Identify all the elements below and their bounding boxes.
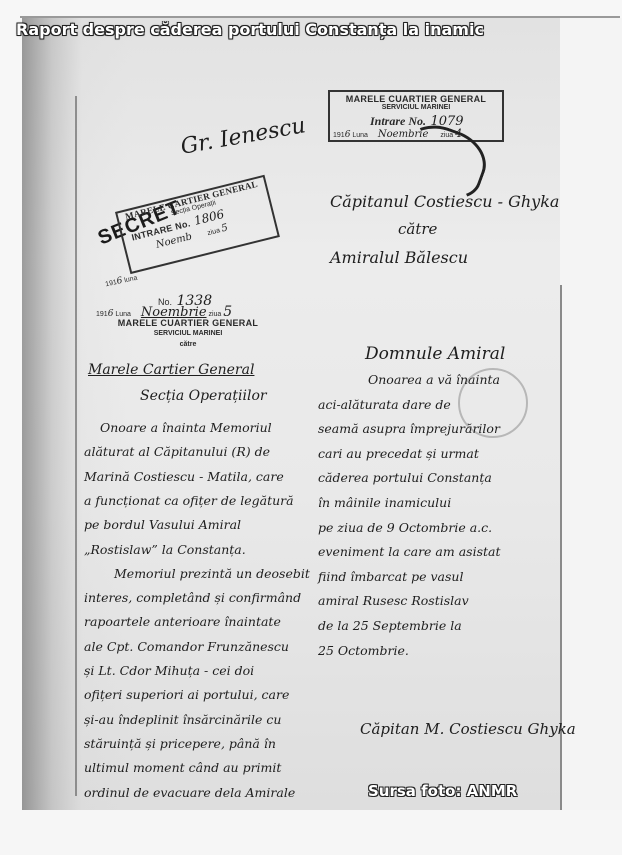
handwritten-line: a funcționat ca ofițer de legătură	[84, 493, 294, 508]
handwritten-line: și-au îndeplinit însărcinările cu	[84, 712, 281, 727]
handwritten-line: și Lt. Cdor Mihuța - cei doi	[84, 663, 254, 678]
salutation: Domnule Amiral	[365, 344, 505, 364]
handwritten-line: de la 25 Septembrie la	[318, 618, 462, 633]
handwritten-line: căderea portului Constanța	[318, 470, 492, 485]
handwritten-line: Marină Costiescu - Matila, care	[84, 469, 284, 484]
handwritten-line: Onoarea a vă înainta	[368, 372, 500, 387]
handwritten-line: amiral Rusesc Rostislav	[318, 593, 469, 608]
handwritten-line: rapoartele anterioare înaintate	[84, 614, 281, 629]
handwritten-line: fiind îmbarcat pe vasul	[318, 569, 463, 584]
signature: Căpitan M. Costiescu Ghyka	[360, 720, 576, 738]
handwritten-line: ordinul de evacuare dela Amirale	[84, 785, 295, 800]
handwritten-line: aci-alăturata dare de	[318, 397, 451, 412]
page-margin	[560, 18, 622, 810]
handwritten-line: cari au precedat și urmat	[318, 446, 479, 461]
handwritten-line: pe bordul Vasului Amiral	[84, 517, 241, 532]
fold-line	[75, 96, 77, 796]
document-title: Raport despre căderea portului Constanța…	[16, 20, 536, 39]
handwritten-line: alăturat al Căpitanului (R) de	[84, 444, 270, 459]
handwritten-line: „Rostislaw” la Constanța.	[84, 542, 246, 557]
handwritten-line: ultimul moment când au primit	[84, 760, 281, 775]
stamp-line: SERVICIUL MARINEI	[98, 330, 278, 337]
photo-source: Sursa foto: ANMR	[368, 782, 517, 800]
handwritten-line: ofițeri superiori ai portului, care	[84, 687, 289, 702]
handwritten-line: Memoriul prezintă un deosebit	[114, 566, 310, 581]
registry-stamp: No. 1338 1916 Luna Noembrie ziua 5 MAREL…	[108, 306, 278, 342]
handwritten-line: ale Cpt. Comandor Frunzănescu	[84, 639, 289, 654]
addressee: Marele Cartier General	[88, 362, 254, 378]
handwritten-line: pe ziua de 9 Octombrie a.c.	[318, 520, 492, 535]
page-margin	[0, 810, 622, 855]
sender: Căpitanul Costiescu - Ghyka	[330, 192, 559, 211]
stamp-line: SERVICIUL MARINEI	[330, 104, 502, 111]
handwritten-line: 25 Octombrie.	[318, 643, 409, 658]
stamp-line: către	[98, 341, 278, 348]
recipient: Amiralul Bălescu	[330, 248, 468, 267]
handwritten-line: stăruință și pricepere, până în	[84, 736, 276, 751]
to-word: către	[398, 220, 437, 238]
handwritten-line: în mâinile inamicului	[318, 495, 451, 510]
addressee-section: Secția Operațiilor	[140, 388, 267, 404]
stamp-line: MARELE CUARTIER GENERAL	[98, 318, 278, 328]
handwritten-line: seamă asupra împrejurărilor	[318, 421, 500, 436]
handwritten-line: interes, completând și confirmând	[84, 590, 301, 605]
handwritten-line: Onoare a înainta Memoriul	[100, 420, 272, 435]
paper-edge	[20, 16, 620, 18]
stamp-line: MARELE CUARTIER GENERAL	[330, 94, 502, 104]
handwritten-line: eveniment la care am asistat	[318, 544, 500, 559]
